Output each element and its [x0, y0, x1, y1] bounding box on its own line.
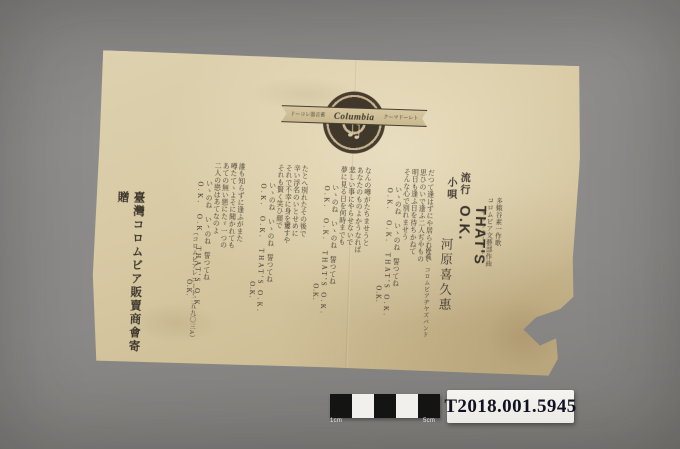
- genre-line-2: 小唄: [443, 172, 457, 212]
- scale-bar: [330, 394, 440, 418]
- photo-scene: ♫ ドーコレ器音蓄 Columbia クーマドーレト 多蛾谷素一作歌 コロムビア…: [0, 0, 680, 449]
- scale-left-label: 1cm: [330, 418, 342, 424]
- scale-right-label: 5cm: [423, 418, 435, 424]
- lyrics-block: だつて逢はずにや居られない 思ひのいで逢ふ二人ぢやもの 明日も逢ふ日を待ちかねて…: [175, 161, 433, 345]
- ribbon-left-text: ドーコレ器音蓄: [290, 110, 325, 118]
- catalog-label: T2018.001.5945: [447, 390, 574, 423]
- singer-name: 河原喜久惠: [434, 237, 455, 328]
- song-sheet-paper: ♫ ドーコレ器音蓄 Columbia クーマドーレト 多蛾谷素一作歌 コロムビア…: [89, 50, 583, 378]
- donor-line: 臺灣コロムビア販賣商會寄贈: [109, 191, 146, 357]
- verse-3: たとへ別れたその後で 辛い浮名のいとせめに それで不幸に身を窶すや それも賢く笑…: [245, 163, 307, 341]
- ribbon-right-text: クーマドーレト: [383, 114, 418, 122]
- song-title: THAT'S O.K.: [453, 205, 488, 306]
- ribbon-brand-text: Columbia: [334, 110, 375, 121]
- verse-2: なんの噂がたちませうと あなたのものよかうなれば 悲しい事にやらせないで 夢に見…: [309, 165, 371, 343]
- verse-1: だつて逢はずにや居られない 思ひのいで逢ふ二人ぢやもの 明日も逢ふ日を待ちかねて…: [372, 167, 434, 345]
- catalog-number: T2018.001.5945: [444, 396, 576, 418]
- logo-ribbon: ドーコレ器音蓄 Columbia クーマドーレト: [281, 105, 427, 127]
